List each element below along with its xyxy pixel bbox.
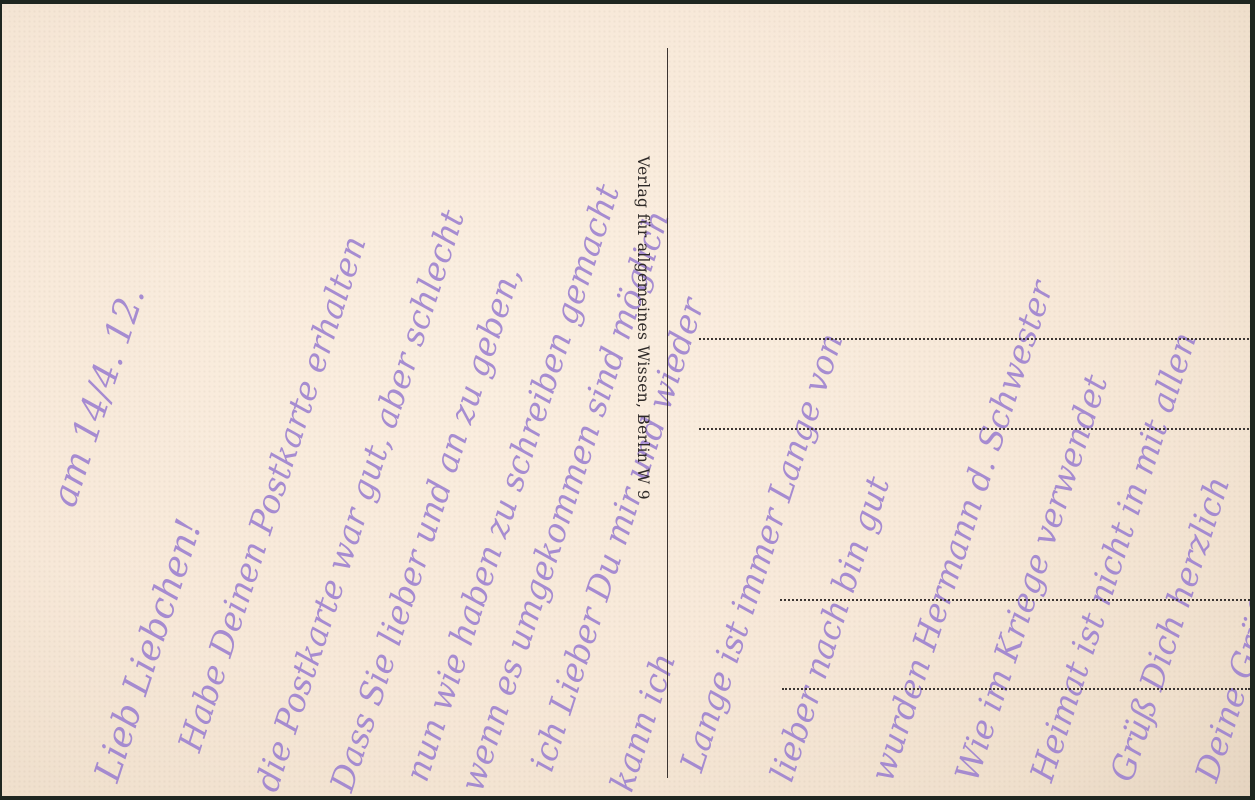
address-line-4: [782, 688, 1250, 690]
postcard-back: am 14/4. 12. Lieb Liebchen! Habe Deinen …: [2, 4, 1250, 796]
publisher-imprint: Verlag für allgemeines Wissen, Berlin W …: [630, 156, 652, 626]
publisher-text: Verlag für allgemeines Wissen, Berlin W …: [634, 156, 652, 500]
address-line-3: [780, 599, 1250, 601]
address-line-1: [699, 338, 1249, 340]
center-divider-line: [667, 48, 668, 778]
address-line-2: [699, 428, 1249, 430]
